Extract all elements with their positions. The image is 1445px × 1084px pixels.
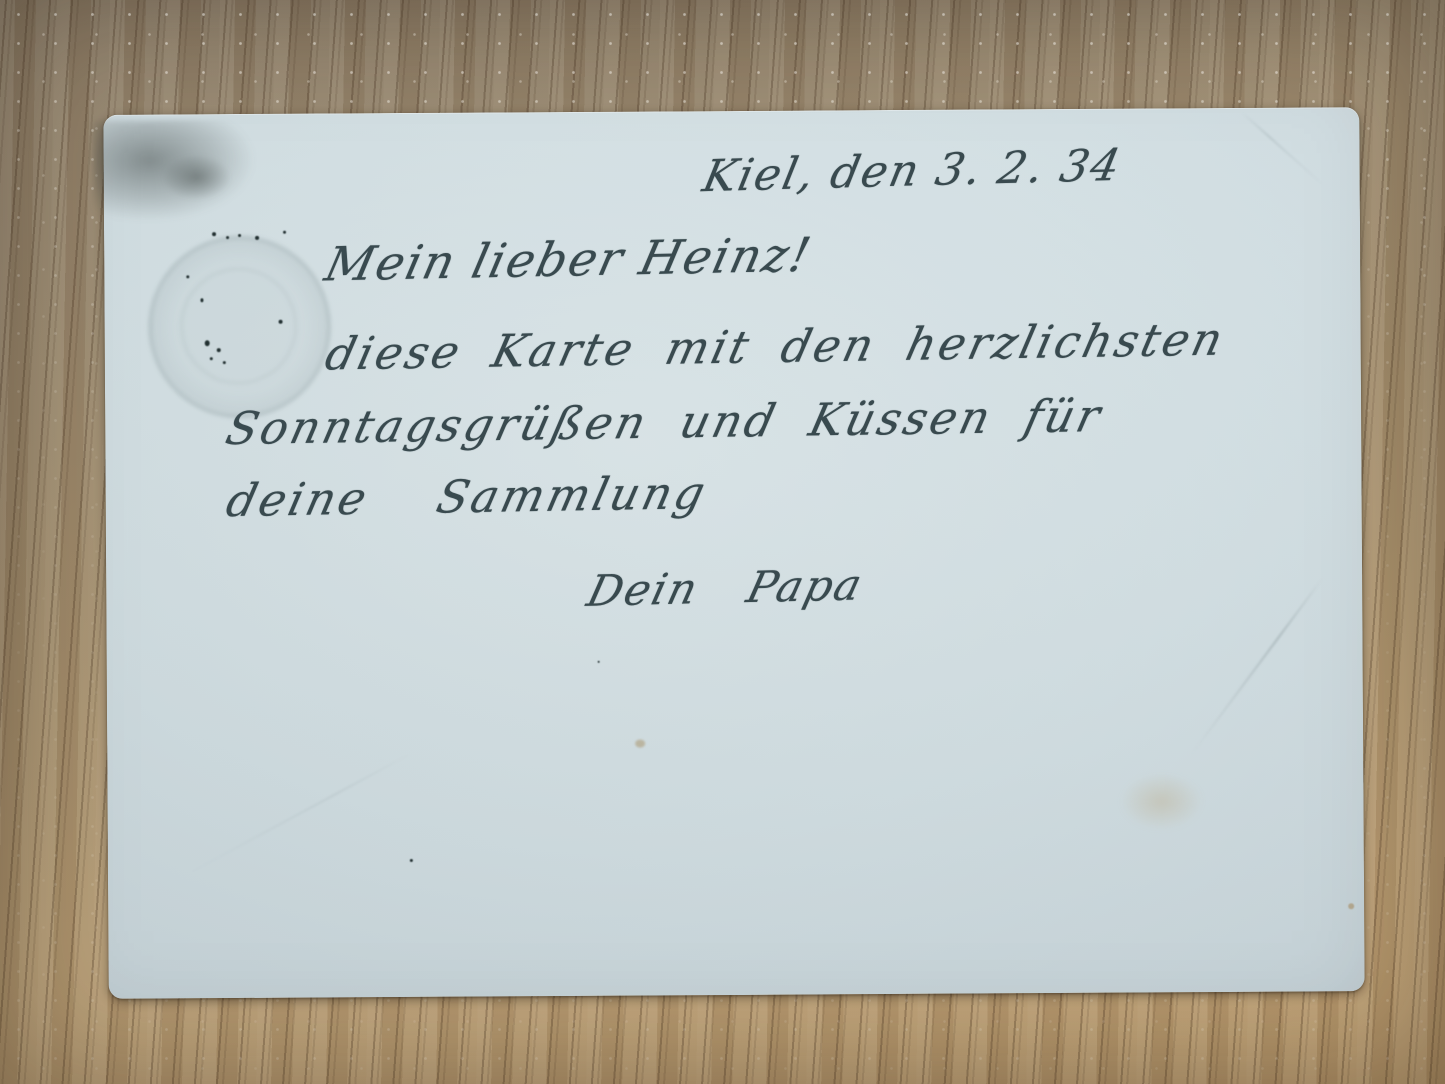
handwritten-body-line: diese Karte mit den herzlichsten bbox=[321, 313, 1231, 381]
handwritten-salutation: Mein lieber Heinz! bbox=[320, 228, 817, 293]
corner-smudge-mark bbox=[162, 154, 232, 200]
paper-crease bbox=[1241, 111, 1325, 186]
paper-crease bbox=[183, 752, 413, 877]
ink-speck bbox=[200, 298, 203, 302]
ink-speck bbox=[210, 357, 213, 360]
ink-speck bbox=[205, 340, 210, 346]
ink-speck bbox=[226, 236, 229, 239]
ink-speck bbox=[283, 231, 286, 234]
ink-speck bbox=[279, 320, 283, 324]
ink-speck bbox=[238, 234, 241, 237]
ink-speck bbox=[255, 236, 259, 240]
ink-speck bbox=[598, 661, 600, 663]
ink-speck bbox=[186, 275, 189, 278]
ink-speck bbox=[223, 361, 226, 364]
handwritten-body-line: Sonntagsgrüßen und Küssen für bbox=[221, 389, 1108, 455]
handwritten-dateline: Kiel, den 3. 2. 34 bbox=[699, 140, 1127, 202]
paper-crease bbox=[1190, 578, 1323, 756]
postmark-ghost-ring bbox=[180, 268, 297, 385]
paper-stain bbox=[1119, 772, 1203, 831]
handwritten-signature: Dein Papa bbox=[582, 560, 868, 617]
handwritten-body-line: deine Sammlung bbox=[222, 466, 713, 527]
ink-speck bbox=[212, 232, 216, 236]
paper-stain bbox=[1348, 903, 1354, 909]
ink-speck bbox=[217, 348, 221, 352]
paper-stain bbox=[635, 740, 645, 748]
ink-speck bbox=[410, 859, 413, 862]
postcard: Kiel, den 3. 2. 34 Mein lieber Heinz! di… bbox=[103, 107, 1364, 999]
photo-of-postcard: Kiel, den 3. 2. 34 Mein lieber Heinz! di… bbox=[0, 0, 1445, 1084]
